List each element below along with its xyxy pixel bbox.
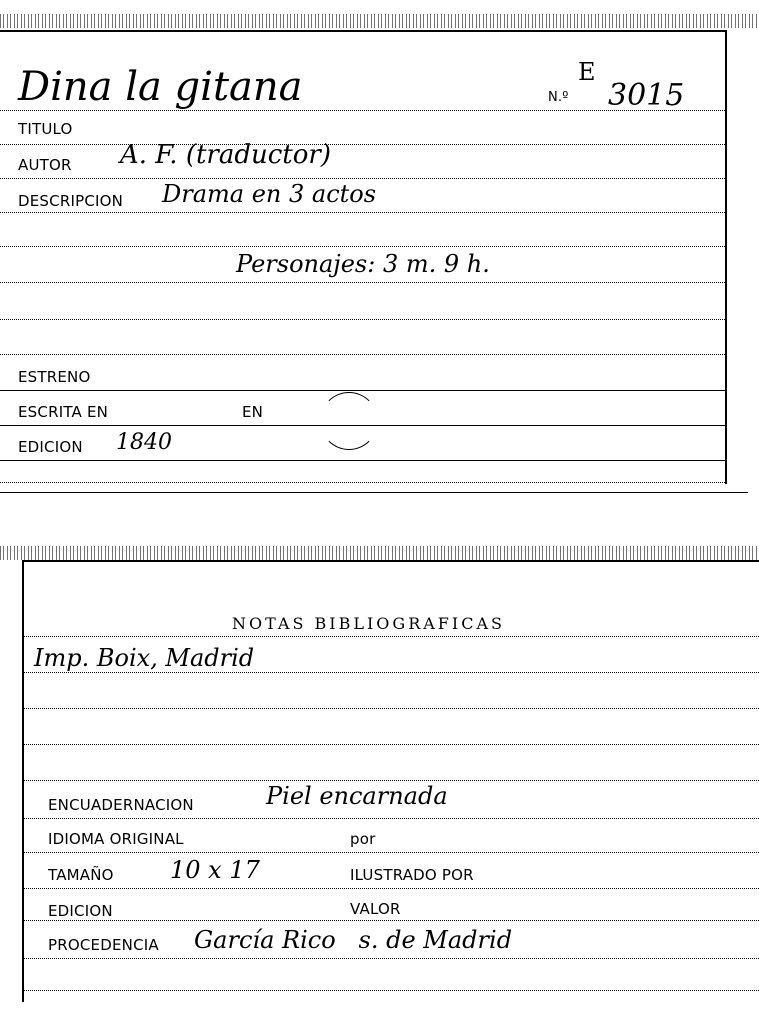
rule xyxy=(24,818,759,819)
scan-noise-top xyxy=(0,14,759,28)
encuadernacion-label: ENCUADERNACION xyxy=(48,796,194,814)
rule xyxy=(0,354,725,355)
titulo-label: TITULO xyxy=(18,120,73,138)
tamano-value: 10 x 17 xyxy=(170,856,260,884)
valor-label: VALOR xyxy=(350,900,401,918)
title-handwritten: Dina la gitana xyxy=(18,64,302,110)
edicion-label: EDICION xyxy=(48,902,113,920)
number-prefix: E xyxy=(578,58,596,86)
scan-noise-bottom xyxy=(0,546,759,560)
card-separator xyxy=(0,492,748,493)
rule xyxy=(0,319,725,320)
notas-heading: NOTAS BIBLIOGRAFICAS xyxy=(232,614,505,633)
ilustrado-label: ILUSTRADO POR xyxy=(350,866,474,884)
descripcion-label: DESCRIPCION xyxy=(18,192,123,210)
rule xyxy=(24,708,759,709)
rule xyxy=(0,246,725,247)
notes-value: Imp. Boix, Madrid xyxy=(34,644,254,672)
edicion-value: 1840 xyxy=(116,430,172,455)
rule xyxy=(24,744,759,745)
rule xyxy=(24,958,759,959)
en-label: EN xyxy=(242,403,263,421)
tamano-label: TAMAÑO xyxy=(48,866,114,884)
rule xyxy=(24,990,759,991)
rule xyxy=(24,852,759,853)
estreno-label: ESTRENO xyxy=(18,368,91,386)
procedencia-label: PROCEDENCIA xyxy=(48,936,159,954)
rule xyxy=(0,144,725,145)
rule xyxy=(24,780,759,781)
rule xyxy=(0,390,725,391)
catalog-card-bottom: NOTAS BIBLIOGRAFICAS Imp. Boix, Madrid E… xyxy=(22,560,759,1002)
autor-value: A. F. (traductor) xyxy=(120,140,331,170)
rule xyxy=(24,636,759,637)
idioma-label: IDIOMA ORIGINAL xyxy=(48,830,184,848)
encuadernacion-value: Piel encarnada xyxy=(266,782,448,810)
edicion-label: EDICION xyxy=(18,438,83,456)
rule xyxy=(0,482,725,483)
punch-hole-mark xyxy=(320,392,378,450)
rule xyxy=(0,212,725,213)
rule xyxy=(0,282,725,283)
por-label: por xyxy=(350,830,375,848)
number-label: N.º xyxy=(548,90,569,105)
card-number: 3015 xyxy=(608,78,684,113)
escrita-en-label: ESCRITA EN xyxy=(18,403,108,421)
descripcion-value: Drama en 3 actos xyxy=(162,180,376,208)
autor-label: AUTOR xyxy=(18,156,72,174)
rule xyxy=(24,888,759,889)
personajes-value: Personajes: 3 m. 9 h. xyxy=(236,250,490,278)
rule xyxy=(0,460,725,461)
rule xyxy=(24,920,759,921)
procedencia-value: García Rico s. de Madrid xyxy=(194,926,512,954)
rule xyxy=(0,110,725,111)
rule xyxy=(24,672,759,673)
rule xyxy=(0,178,725,179)
